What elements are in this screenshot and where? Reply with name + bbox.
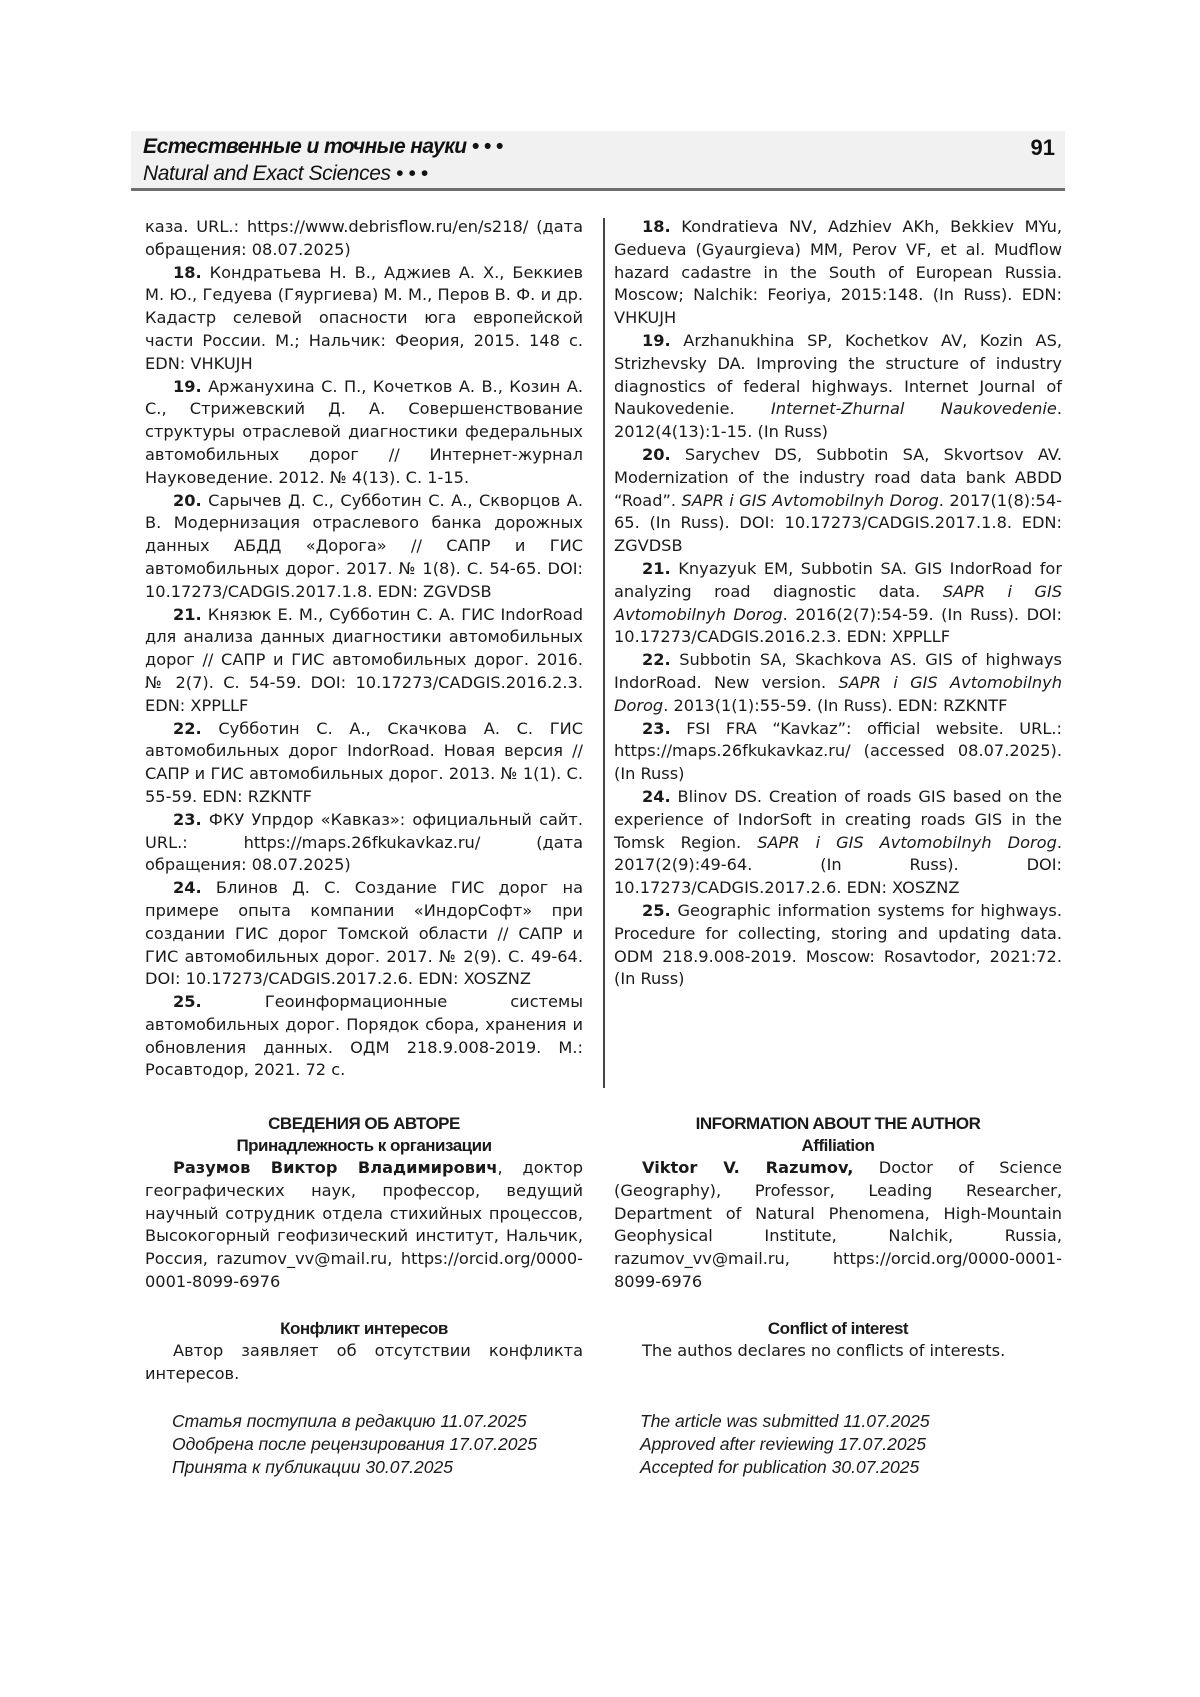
submitted-date-en: The article was submitted 11.07.2025 [640,1410,930,1433]
reference-item: 23. FSI FRA “Kavkaz”: official website. … [614,718,1062,786]
conflict-en: Conflict of interest The authos declares… [614,1318,1062,1363]
running-header: Естественные и точные науки • • • Natura… [131,131,1065,191]
column-divider [603,218,605,1088]
reference-item: 21. Князюк Е. М., Субботин С. А. ГИС Ind… [145,604,583,718]
reference-item: 25. Geographic information systems for h… [614,900,1062,991]
conflict-text-en: The authos declares no conflicts of inte… [614,1340,1062,1363]
reference-item: 22. Subbotin SA, Skachkova AS. GIS of hi… [614,649,1062,717]
reference-item: 25. Геоинформационные системы автомобиль… [145,991,583,1082]
journal-section-title-en: Natural and Exact Sciences • • • [143,162,428,186]
approved-date-ru: Одобрена после рецензирования 17.07.2025 [172,1433,537,1456]
reference-item: 20. Сарычев Д. С., Субботин С. А., Сквор… [145,490,583,604]
author-heading-ru: СВЕДЕНИЯ ОБ АВТОРЕ [145,1113,583,1135]
author-details-en: Viktor V. Razumov, Doctor of Science (Ge… [614,1157,1062,1294]
reference-item: 19. Аржанухина С. П., Кочетков А. В., Ко… [145,376,583,490]
conflict-ru: Конфликт интересов Автор заявляет об отс… [145,1318,583,1386]
reference-item: 19. Arzhanukhina SP, Kochetkov AV, Kozin… [614,330,1062,444]
author-heading-en: INFORMATION ABOUT THE AUTHOR [614,1113,1062,1135]
references-ru: каза. URL.: https://www.debrisflow.ru/en… [145,216,583,1082]
page-number: 91 [1031,135,1055,161]
approved-date-en: Approved after reviewing 17.07.2025 [640,1433,930,1456]
reference-item: 21. Knyazyuk EM, Subbotin SA. GIS IndorR… [614,558,1062,649]
author-info-ru: СВЕДЕНИЯ ОБ АВТОРЕ Принадлежность к орга… [145,1113,583,1294]
conflict-text-ru: Автор заявляет об отсутствии конфликта и… [145,1340,583,1386]
author-info-en: INFORMATION ABOUT THE AUTHOR Affiliation… [614,1113,1062,1294]
conflict-heading-ru: Конфликт интересов [145,1318,583,1340]
submitted-date-ru: Статья поступила в редакцию 11.07.2025 [172,1410,537,1433]
references-en: 18. Kondratieva NV, Adzhiev AKh, Bekkiev… [614,216,1062,991]
article-dates-en: The article was submitted 11.07.2025 App… [640,1410,930,1479]
article-dates-ru: Статья поступила в редакцию 11.07.2025 О… [172,1410,537,1479]
affiliation-heading-ru: Принадлежность к организации [145,1135,583,1157]
reference-item: 22. Субботин С. А., Скачкова А. С. ГИС а… [145,718,583,809]
journal-section-title-ru: Естественные и точные науки • • • [143,135,503,159]
reference-item: 23. ФКУ Упрдор «Кавказ»: официальный сай… [145,809,583,877]
reference-item: 20. Sarychev DS, Subbotin SA, Skvortsov … [614,444,1062,558]
conflict-heading-en: Conflict of interest [614,1318,1062,1340]
reference-item: 24. Блинов Д. С. Создание ГИС дорог на п… [145,877,583,991]
reference-item: 18. Kondratieva NV, Adzhiev AKh, Bekkiev… [614,216,1062,330]
reference-item: 24. Blinov DS. Creation of roads GIS bas… [614,786,1062,900]
reference-item: каза. URL.: https://www.debrisflow.ru/en… [145,216,583,262]
accepted-date-en: Accepted for publication 30.07.2025 [640,1456,930,1479]
reference-item: 18. Кондратьева Н. В., Аджиев А. Х., Бек… [145,262,583,376]
author-details-ru: Разумов Виктор Владимирович, доктор геог… [145,1157,583,1294]
affiliation-heading-en: Affiliation [614,1135,1062,1157]
accepted-date-ru: Принята к публикации 30.07.2025 [172,1456,537,1479]
